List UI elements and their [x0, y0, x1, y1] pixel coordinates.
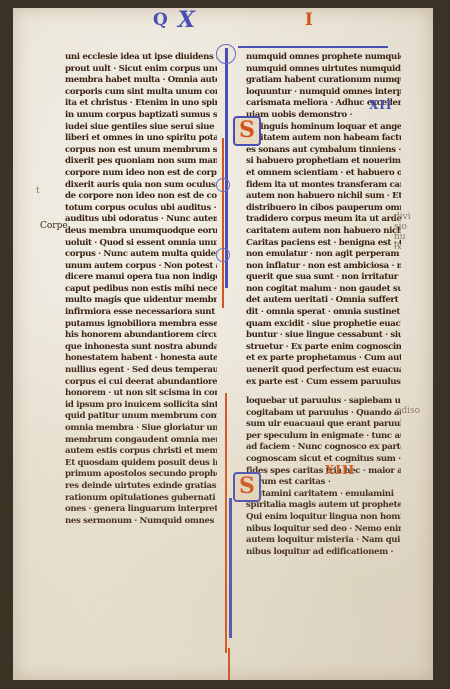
- text-line: uenerit quod perfectum est euacuabitur q…: [246, 365, 401, 377]
- text-line: membrum congaudent omnia membra · Vos: [65, 435, 217, 447]
- text-line: non inflatur · non est ambiciosa · non: [246, 261, 401, 273]
- text-line: spiritalia magis autem ut prophetetis: [246, 500, 401, 512]
- blue-penwork-border-lower: [229, 498, 232, 638]
- text-line: non cogitat malum · non gaudet super ini…: [246, 284, 401, 296]
- text-line: numquid omnes prophete numquid omnes doc…: [246, 52, 401, 64]
- text-line: dixerit pes quoniam non sum manus non su…: [65, 156, 217, 168]
- decorated-initial: S: [233, 116, 261, 146]
- running-head-middle: X: [178, 7, 195, 33]
- text-line: iudei siue gentiles siue serui siue: [65, 122, 217, 134]
- text-line: dicere manui opera tua non indigeo · aut…: [65, 272, 217, 284]
- text-line: in unum corpus baptizati sumus siue: [65, 110, 217, 122]
- right-text-column-bottom: loquebar ut paruulus · sapiebam ut paruu…: [246, 396, 401, 558]
- right-text-column-top: numquid omnes prophete numquid omnes doc…: [246, 52, 401, 388]
- text-line: nes sermonum · Numquid omnes apostoli: [65, 516, 217, 528]
- text-line: prout uult · Sicut enim corpus unum est: [65, 64, 217, 76]
- text-line: id ipsum pro inuicem sollicita sint memb…: [65, 400, 217, 412]
- text-line: caput pedibus non estis mihi necessarii …: [65, 284, 217, 296]
- text-line: uiam uobis demonstro ·: [246, 110, 401, 122]
- flourish-curl-icon: [216, 248, 230, 262]
- text-line: numquid omnes uirtutes numquid omnes: [246, 64, 401, 76]
- text-line: corpus · Nunc autem multa quidem membra: [65, 249, 217, 261]
- flourish-curl-icon: [216, 44, 236, 64]
- text-line: quam excidit · siue prophetie euacua: [246, 319, 401, 331]
- margin-note-right: divisionu℞: [394, 212, 411, 252]
- text-line: distribuero in cibos pauperum omnes facu…: [246, 203, 401, 215]
- running-head-left: Q: [153, 10, 168, 30]
- text-line: corporis cum sint multa unum corpus sunt: [65, 87, 217, 99]
- text-line: infirmiora esse necessariora sunt · Et q…: [65, 307, 217, 319]
- text-line: uni ecclesie idea ut ipse diuidens singu…: [65, 52, 217, 64]
- text-line: caritatem autem non habuero nichil michi…: [246, 226, 401, 238]
- text-line: det autem ueritati · Omnia suffert · omn…: [246, 295, 401, 307]
- blue-flourish-top: [238, 46, 388, 48]
- text-line: et ex parte prophetamus · Cum autem: [246, 353, 401, 365]
- text-line: liberi et omnes in uno spiritu potati su…: [65, 133, 217, 145]
- text-line: que inhonesta sunt nostra abundantiorem: [65, 342, 217, 354]
- red-pen-line-foot: [228, 648, 230, 680]
- text-line: ones · genera linguarum interpretatio: [65, 504, 217, 516]
- text-line: uoluit · Quod si essent omnia unum membr…: [65, 238, 217, 250]
- left-text-column: uni ecclesie idea ut ipse diuidens singu…: [65, 52, 217, 527]
- text-line: Si linguis hominum loquar et angelorum: [246, 122, 401, 134]
- running-head: Q X I: [153, 8, 313, 32]
- text-line: buntur · siue lingue cessabunt · siue sc…: [246, 330, 401, 342]
- decorated-initial: S: [233, 472, 261, 502]
- text-line: struetur · Ex parte enim cognoscimus: [246, 342, 401, 354]
- text-line: primum apostolos secundo prophetas terci…: [65, 469, 217, 481]
- text-line: autem non habuero nichil sum · Et si: [246, 191, 401, 203]
- text-line: omnia membra · Siue gloriatur unum: [65, 423, 217, 435]
- text-line: ita et christus · Etenim in uno spiritu …: [65, 98, 217, 110]
- text-line: dixerit auris quia non sum oculus non su…: [65, 180, 217, 192]
- margin-mark: t: [36, 186, 40, 196]
- text-line: nibus loquitur ad edificationem ·: [246, 547, 401, 559]
- text-line: ex parte est · Cum essem paruulus: [246, 377, 401, 389]
- text-line: deus membra unumquodque eorum in corpore…: [65, 226, 217, 238]
- chapter-number: XII: [369, 98, 393, 112]
- text-line: dit · omnia sperat · omnia sustinet · Ca…: [246, 307, 401, 319]
- text-line: Sectamini caritatem · emulamini: [246, 489, 401, 501]
- blue-penwork-border-upper: [225, 48, 228, 288]
- text-line: carismata meliora · Adhuc excellentiorem: [246, 98, 401, 110]
- chapter-number: XIII: [325, 463, 355, 477]
- text-line: nullius egent · Sed deus temperauit: [65, 365, 217, 377]
- text-line: autem estis corpus christi et membra de …: [65, 446, 217, 458]
- text-line: Qui enim loquitur lingua non homi: [246, 512, 401, 524]
- text-line: multo magis que uidentur membra corporis: [65, 295, 217, 307]
- text-line: loquebar ut paruulus · sapiebam ut paruu…: [246, 396, 401, 408]
- text-line: Et quosdam quidem posuit deus in ecclesi…: [65, 458, 217, 470]
- red-penwork-border-lower: [225, 393, 227, 653]
- text-line: si habuero prophetiam et nouerim misteri…: [246, 156, 401, 168]
- text-line: tradidero corpus meum ita ut ardeam: [246, 214, 401, 226]
- manuscript-leaf: Q X I uni ecclesie idea ut ipse diuidens…: [13, 8, 433, 680]
- text-line: Caritas paciens est · benigna est · Cari…: [246, 238, 401, 250]
- red-penwork-border-upper: [222, 138, 224, 308]
- text-line: nibus loquitur sed deo · Nemo enim audit…: [246, 524, 401, 536]
- text-line: his honorem abundantiorem circumdamus · …: [65, 330, 217, 342]
- text-line: honestatem habent · honesta autem nostra: [65, 353, 217, 365]
- text-line: sum uir euacuaui que erant paruuli · Vid…: [246, 419, 401, 431]
- text-line: honorem · ut non sit scisma in corpore ·…: [65, 388, 217, 400]
- text-line: auditus ubi odoratus · Nunc autem posuit: [65, 214, 217, 226]
- text-line: es sonans aut cymbalum tinniens · Et: [246, 145, 401, 157]
- margin-note-left: Corpe: [40, 221, 68, 231]
- text-line: putamus ignobiliora membra esse corporis: [65, 319, 217, 331]
- flourish-curl-icon: [216, 178, 230, 192]
- text-line: quid patitur unum membrum compatiuntur: [65, 411, 217, 423]
- margin-note-right-2: odiso: [396, 406, 420, 416]
- text-line: cogitabam ut paruulus · Quando autem fac…: [246, 408, 401, 420]
- text-line: res deinde uirtutes exinde gratias cu: [65, 481, 217, 493]
- text-line: rationum opitulationes gubernati: [65, 493, 217, 505]
- text-line: corpus ei cui deerat abundantiorem tribu…: [65, 377, 217, 389]
- text-line: ad faciem · Nunc cognosco ex parte · tun…: [246, 442, 401, 454]
- text-line: caritatem autem non habeam factus sum ue…: [246, 133, 401, 145]
- text-line: unum autem corpus · Non potest autem ocu…: [65, 261, 217, 273]
- text-line: gratiam habent curationum numquid omnes …: [246, 75, 401, 87]
- text-line: cognoscam sicut et cognitus sum · Nunc a…: [246, 454, 401, 466]
- text-line: autem loquitur misteria · Nam qui prophe…: [246, 535, 401, 547]
- text-line: fidem ita ut montes transferam caritatem: [246, 180, 401, 192]
- text-line: totum corpus oculus ubi auditus · Si tot…: [65, 203, 217, 215]
- text-line: de corpore non ideo non est de corpore ·…: [65, 191, 217, 203]
- text-line: fides spes caritas tria hec · maior aute…: [246, 466, 401, 478]
- text-line: non emulatur · non agit perperam: [246, 249, 401, 261]
- text-line: corpore num ideo non est de corpore · Et…: [65, 168, 217, 180]
- text-line: querit que sua sunt · non irritatur: [246, 272, 401, 284]
- running-head-right: I: [305, 10, 313, 30]
- text-line: loquuntur · numquid omnes interpretantur…: [246, 87, 401, 99]
- text-line: horum est caritas ·: [246, 477, 401, 489]
- text-line: corpus non est unum membrum sed multa · …: [65, 145, 217, 157]
- text-line: et omnem scientiam · et habuero omnem: [246, 168, 401, 180]
- text-line: per speculum in enigmate · tunc autem fa…: [246, 431, 401, 443]
- text-line: membra habet multa · Omnia autem membra: [65, 75, 217, 87]
